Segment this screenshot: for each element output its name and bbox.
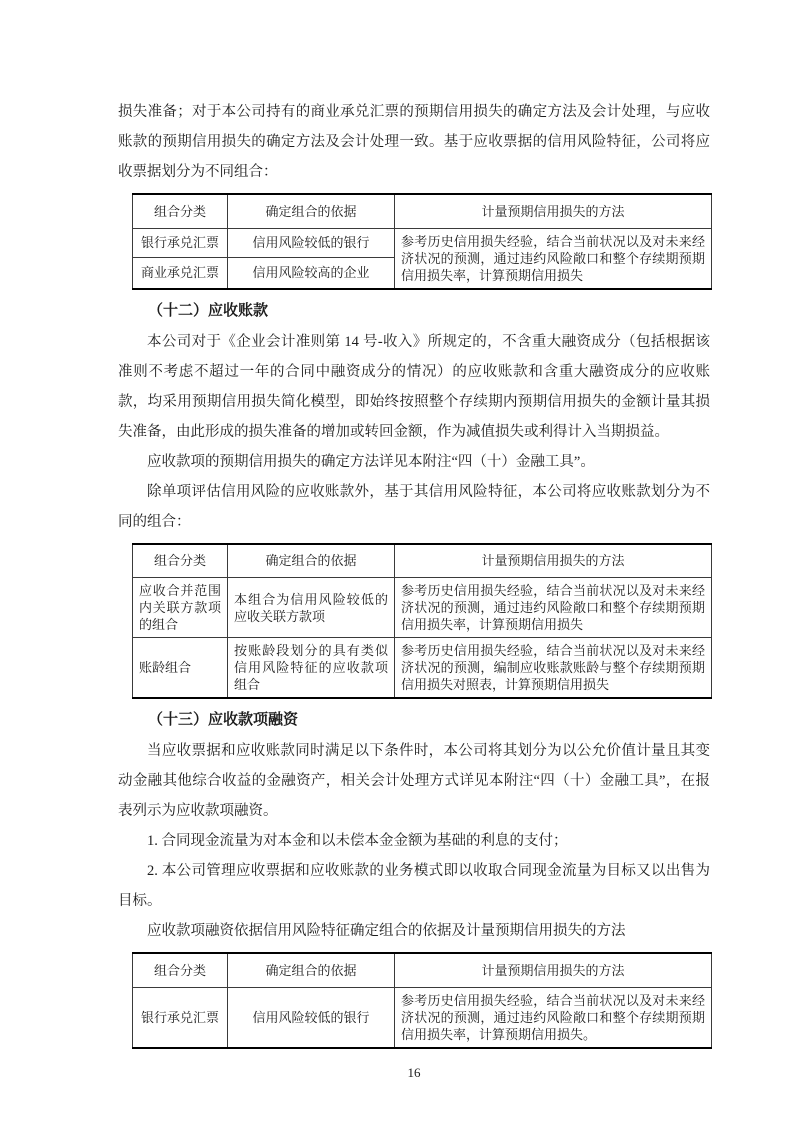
cell-category: 银行承兑汇票 [133,987,228,1048]
table-header-row: 组合分类 确定组合的依据 计量预期信用损失的方法 [133,194,712,228]
header-ecl-method: 计量预期信用损失的方法 [395,544,712,578]
cell-basis: 按账龄段划分的具有类似信用风险特征的应收款项组合 [228,638,395,699]
cell-category: 商业承兑汇票 [133,258,228,289]
cell-category: 账龄组合 [133,638,228,699]
page-number: 16 [118,1065,710,1081]
header-portfolio-category: 组合分类 [133,544,228,578]
table-row: 账龄组合 按账龄段划分的具有类似信用风险特征的应收款项组合 参考历史信用损失经验… [133,638,712,699]
cell-method-merged: 参考历史信用损失经验，结合当前状况以及对未来经济状况的预测，通过违约风险敞口和整… [395,228,712,289]
section-13-heading: （十三）应收款项融资 [118,710,710,730]
section-13-paragraph-2: 应收款项融资依据信用风险特征确定组合的依据及计量预期信用损失的方法 [118,916,710,946]
intro-paragraph: 损失准备；对于本公司持有的商业承兑汇票的预期信用损失的确定方法及会计处理，与应收… [118,97,710,187]
header-portfolio-category: 组合分类 [133,194,228,228]
accounts-receivable-portfolio-table: 组合分类 确定组合的依据 计量预期信用损失的方法 应收合并范围内关联方款项的组合… [132,543,712,700]
bills-receivable-portfolio-table: 组合分类 确定组合的依据 计量预期信用损失的方法 银行承兑汇票 信用风险较低的银… [132,193,712,290]
section-12-heading: （十二）应收账款 [118,301,710,321]
section-13-condition-2: 2. 本公司管理应收票据和应收账款的业务模式即以收取合同现金流量为目标又以出售为… [118,856,710,916]
cell-basis: 信用风险较低的银行 [228,987,395,1048]
cell-method: 参考历史信用损失经验，结合当前状况以及对未来经济状况的预测，编制应收账款账龄与整… [395,638,712,699]
table-row: 应收合并范围内关联方款项的组合 本组合为信用风险较低的应收关联方款项 参考历史信… [133,578,712,638]
section-12-paragraph-2: 应收款项的预期信用损失的确定方法详见本附注“四（十）金融工具”。 [118,447,710,477]
cell-basis: 信用风险较低的银行 [228,228,395,258]
table-row: 银行承兑汇票 信用风险较低的银行 参考历史信用损失经验，结合当前状况以及对未来经… [133,987,712,1048]
header-ecl-method: 计量预期信用损失的方法 [395,953,712,987]
cell-basis: 信用风险较高的企业 [228,258,395,289]
cell-category: 应收合并范围内关联方款项的组合 [133,578,228,638]
cell-method: 参考历史信用损失经验，结合当前状况以及对未来经济状况的预测，通过违约风险敞口和整… [395,578,712,638]
table-header-row: 组合分类 确定组合的依据 计量预期信用损失的方法 [133,544,712,578]
document-page: 损失准备；对于本公司持有的商业承兑汇票的预期信用损失的确定方法及会计处理，与应收… [0,0,794,1122]
cell-basis: 本组合为信用风险较低的应收关联方款项 [228,578,395,638]
receivables-financing-portfolio-table: 组合分类 确定组合的依据 计量预期信用损失的方法 银行承兑汇票 信用风险较低的银… [132,952,712,1049]
section-12-paragraph-1: 本公司对于《企业会计准则第 14 号-收入》所规定的，不含重大融资成分（包括根据… [118,327,710,447]
table-row: 银行承兑汇票 信用风险较低的银行 参考历史信用损失经验，结合当前状况以及对未来经… [133,228,712,258]
header-portfolio-basis: 确定组合的依据 [228,544,395,578]
section-13-condition-1: 1. 合同现金流量为对本金和以未偿本金金额为基础的利息的支付； [118,826,710,856]
cell-method: 参考历史信用损失经验，结合当前状况以及对未来经济状况的预测，通过违约风险敞口和整… [395,987,712,1048]
section-12-paragraph-3: 除单项评估信用风险的应收账款外，基于其信用风险特征，本公司将应收账款划分为不同的… [118,477,710,537]
table-header-row: 组合分类 确定组合的依据 计量预期信用损失的方法 [133,953,712,987]
cell-category: 银行承兑汇票 [133,228,228,258]
header-ecl-method: 计量预期信用损失的方法 [395,194,712,228]
section-13-paragraph-1: 当应收票据和应收账款同时满足以下条件时，本公司将其划分为以公允价值计量且其变动金… [118,736,710,826]
header-portfolio-basis: 确定组合的依据 [228,953,395,987]
header-portfolio-basis: 确定组合的依据 [228,194,395,228]
header-portfolio-category: 组合分类 [133,953,228,987]
